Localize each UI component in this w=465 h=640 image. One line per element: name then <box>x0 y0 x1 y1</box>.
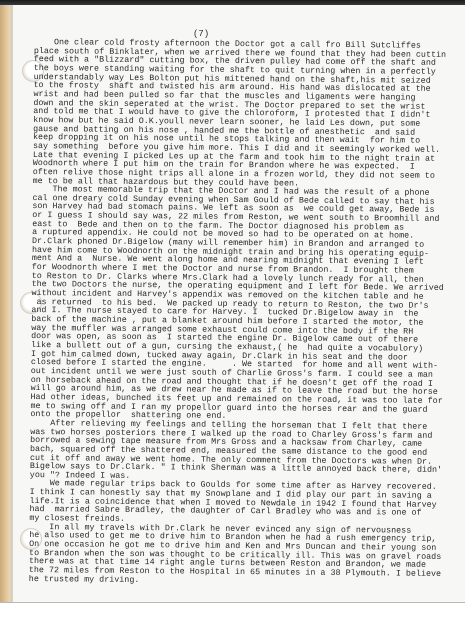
scan-background <box>0 603 465 640</box>
document-body: One clear cold frosty afternoon the Doct… <box>29 38 458 587</box>
page-edge <box>10 5 13 602</box>
typewritten-page: (7) One clear cold frosty afternoon the … <box>0 5 465 603</box>
page-number: (7) <box>193 29 209 39</box>
binding-strip <box>0 5 12 602</box>
